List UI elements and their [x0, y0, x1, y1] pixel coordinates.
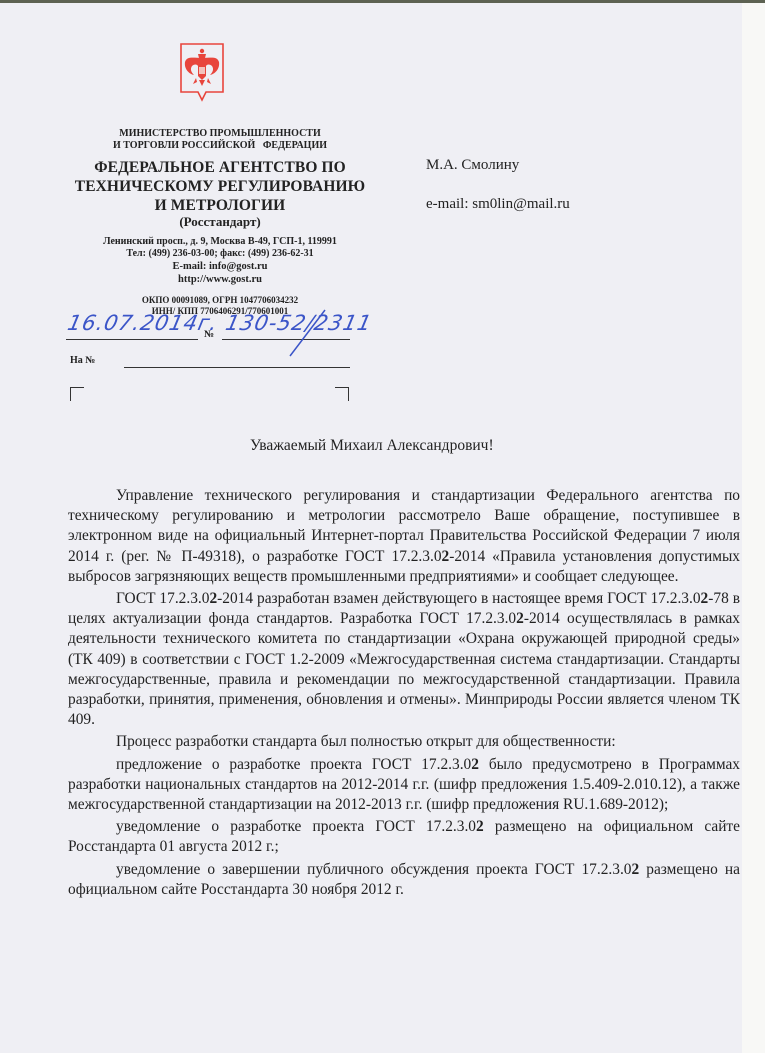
scan-right-edge — [742, 3, 765, 1053]
agency-line-2: ТЕХНИЧЕСКОМУ РЕГУЛИРОВАНИЮ — [60, 177, 380, 196]
recipient-name: М.А. Смолину — [426, 157, 519, 174]
agency-email: E-mail: info@gost.ru — [60, 260, 380, 273]
agency-contacts: E-mail: info@gost.ru http://www.gost.ru — [60, 260, 380, 286]
agency-website: http://www.gost.ru — [60, 273, 380, 286]
ministry-line-1: МИНИСТЕРСТВО ПРОМЫШЛЕННОСТИ — [60, 128, 380, 140]
reference-underline — [124, 367, 350, 368]
agency-address-block: Ленинский просп., д. 9, Москва В-49, ГСП… — [60, 236, 380, 260]
okpo-ogrn: ОКПО 00091089, ОГРН 1047706034232 — [60, 295, 380, 306]
number-sign: № — [204, 329, 214, 340]
agency-name: ФЕДЕРАЛЬНОЕ АГЕНТСТВО ПО ТЕХНИЧЕСКОМУ РЕ… — [60, 158, 380, 215]
address-corner-left — [70, 387, 84, 401]
reference-label: На № — [70, 355, 95, 366]
handwritten-date: 16.07.2014г. — [65, 311, 220, 335]
recipient-email: e-mail: sm0lin@mail.ru — [426, 196, 570, 213]
paragraph-proposal: предложение о разработке проекта ГОСТ 17… — [68, 755, 740, 816]
agency-line-3: И МЕТРОЛОГИИ — [60, 196, 380, 215]
paragraph-process-intro: Процесс разработки стандарта был полност… — [68, 732, 740, 752]
address-corner-right — [335, 387, 349, 401]
agency-line-1: ФЕДЕРАЛЬНОЕ АГЕНТСТВО ПО — [60, 158, 380, 177]
paragraph-request: Управление технического регулирования и … — [68, 486, 740, 587]
paragraph-notice-development: уведомление о разработке проекта ГОСТ 17… — [68, 817, 740, 857]
russian-coat-of-arms-icon — [179, 42, 225, 102]
agency-phone: Тел: (499) 236-03-00; факс: (499) 236-62… — [60, 248, 380, 260]
letter-body: Управление технического регулирования и … — [68, 486, 740, 900]
signature-stroke — [270, 308, 330, 358]
ministry-line-2: И ТОРГОВЛИ РОССИЙСКОЙ ФЕДЕРАЦИИ — [60, 140, 380, 152]
agency-short-name: (Росстандарт) — [60, 214, 380, 229]
ministry-name: МИНИСТЕРСТВО ПРОМЫШЛЕННОСТИ И ТОРГОВЛИ Р… — [60, 128, 380, 152]
agency-address: Ленинский просп., д. 9, Москва В-49, ГСП… — [60, 236, 380, 248]
paragraph-notice-discussion: уведомление о завершении публичного обсу… — [68, 860, 740, 900]
greeting: Уважаемый Михаил Александрович! — [250, 437, 494, 455]
date-underline — [66, 339, 198, 340]
paragraph-standard-info: ГОСТ 17.2.3.02-2014 разработан взамен де… — [68, 589, 740, 730]
